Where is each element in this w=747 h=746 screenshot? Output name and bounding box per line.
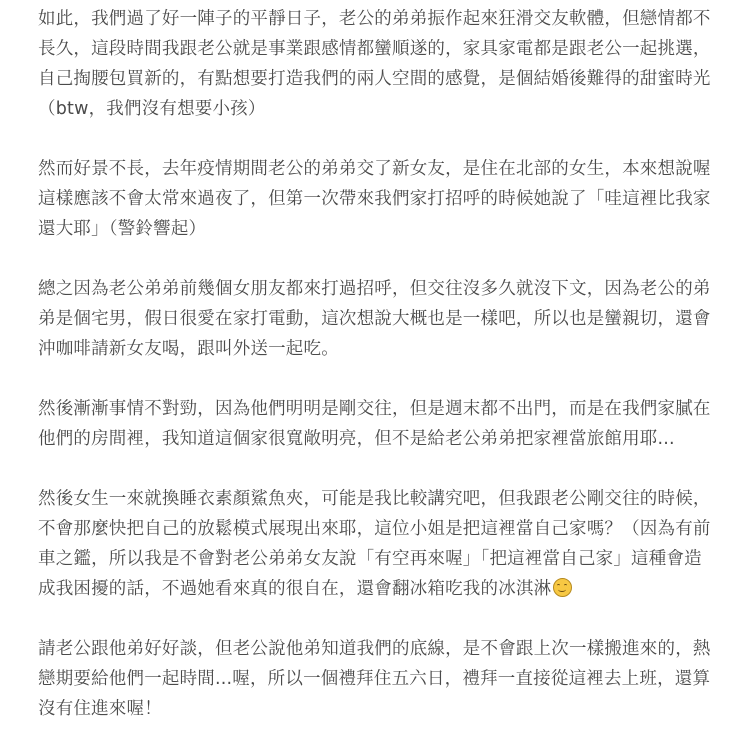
text-line-with-emoji: 成我困擾的話，不過她看來真的很自在，還會翻冰箱吃我的冰淇淋 — [38, 574, 733, 604]
text-line: 還大耶」（警鈴響起） — [38, 214, 733, 244]
text-line: 自己掏腰包買新的，有點想要打造我們的兩人空間的感覺，是個結婚後難得的甜蜜時光 — [38, 64, 733, 94]
text-line: 然後漸漸事情不對勁，因為他們明明是剛交往，但是週末都不出門，而是在我們家膩在 — [38, 394, 733, 424]
smiling-face-emoji-icon — [553, 578, 572, 597]
text-line: 沖咖啡請新女友喝，跟叫外送一起吃。 — [38, 334, 733, 364]
paragraph-2: 然而好景不長，去年疫情期間老公的弟弟交了新女友，是住在北部的女生，本來想說喔 這… — [38, 154, 733, 244]
text-line: 戀期要給他們一起時間...喔，所以一個禮拜住五六日，禮拜一直接從這裡去上班，還算 — [38, 664, 733, 694]
paragraph-1: 如此，我們過了好一陣子的平靜日子，老公的弟弟振作起來狂滑交友軟體，但戀情都不 長… — [38, 4, 733, 124]
paragraph-6: 請老公跟他弟好好談，但老公說他弟知道我們的底線，是不會跟上次一樣搬進來的，熱 戀… — [38, 634, 733, 724]
paragraph-4: 然後漸漸事情不對勁，因為他們明明是剛交往，但是週末都不出門，而是在我們家膩在 他… — [38, 394, 733, 454]
text-line: 這樣應該不會太常來過夜了，但第一次帶來我們家打招呼的時候她說了「哇這裡比我家 — [38, 184, 733, 214]
text-line: 請老公跟他弟好好談，但老公說他弟知道我們的底線，是不會跟上次一樣搬進來的，熱 — [38, 634, 733, 664]
text-line: 然後女生一來就換睡衣素顏鯊魚夾，可能是我比較講究吧，但我跟老公剛交往的時候， — [38, 484, 733, 514]
text-line: 成我困擾的話，不過她看來真的很自在，還會翻冰箱吃我的冰淇淋 — [38, 579, 551, 599]
article-body: 如此，我們過了好一陣子的平靜日子，老公的弟弟振作起來狂滑交友軟體，但戀情都不 長… — [0, 0, 747, 724]
text-line: 不會那麼快把自己的放鬆模式展現出來耶，這位小姐是把這裡當自己家嗎？（因為有前 — [38, 514, 733, 544]
paragraph-5: 然後女生一來就換睡衣素顏鯊魚夾，可能是我比較講究吧，但我跟老公剛交往的時候， 不… — [38, 484, 733, 604]
text-line: 然而好景不長，去年疫情期間老公的弟弟交了新女友，是住在北部的女生，本來想說喔 — [38, 154, 733, 184]
text-line: 弟是個宅男，假日很愛在家打電動，這次想說大概也是一樣吧，所以也是蠻親切，還會 — [38, 304, 733, 334]
text-line: 車之鑑，所以我是不會對老公弟弟女友說「有空再來喔」「把這裡當自己家」這種會造 — [38, 544, 733, 574]
text-line: （btw，我們沒有想要小孩） — [38, 94, 733, 124]
paragraph-3: 總之因為老公弟弟前幾個女朋友都來打過招呼，但交往沒多久就沒下文，因為老公的弟 弟… — [38, 274, 733, 364]
text-line: 沒有住進來喔！ — [38, 694, 733, 724]
text-line: 他們的房間裡，我知道這個家很寬敞明亮，但不是給老公弟弟把家裡當旅館用耶... — [38, 424, 733, 454]
text-line: 總之因為老公弟弟前幾個女朋友都來打過招呼，但交往沒多久就沒下文，因為老公的弟 — [38, 274, 733, 304]
text-line: 長久，這段時間我跟老公就是事業跟感情都蠻順遂的，家具家電都是跟老公一起挑選， — [38, 34, 733, 64]
text-line: 如此，我們過了好一陣子的平靜日子，老公的弟弟振作起來狂滑交友軟體，但戀情都不 — [38, 4, 733, 34]
